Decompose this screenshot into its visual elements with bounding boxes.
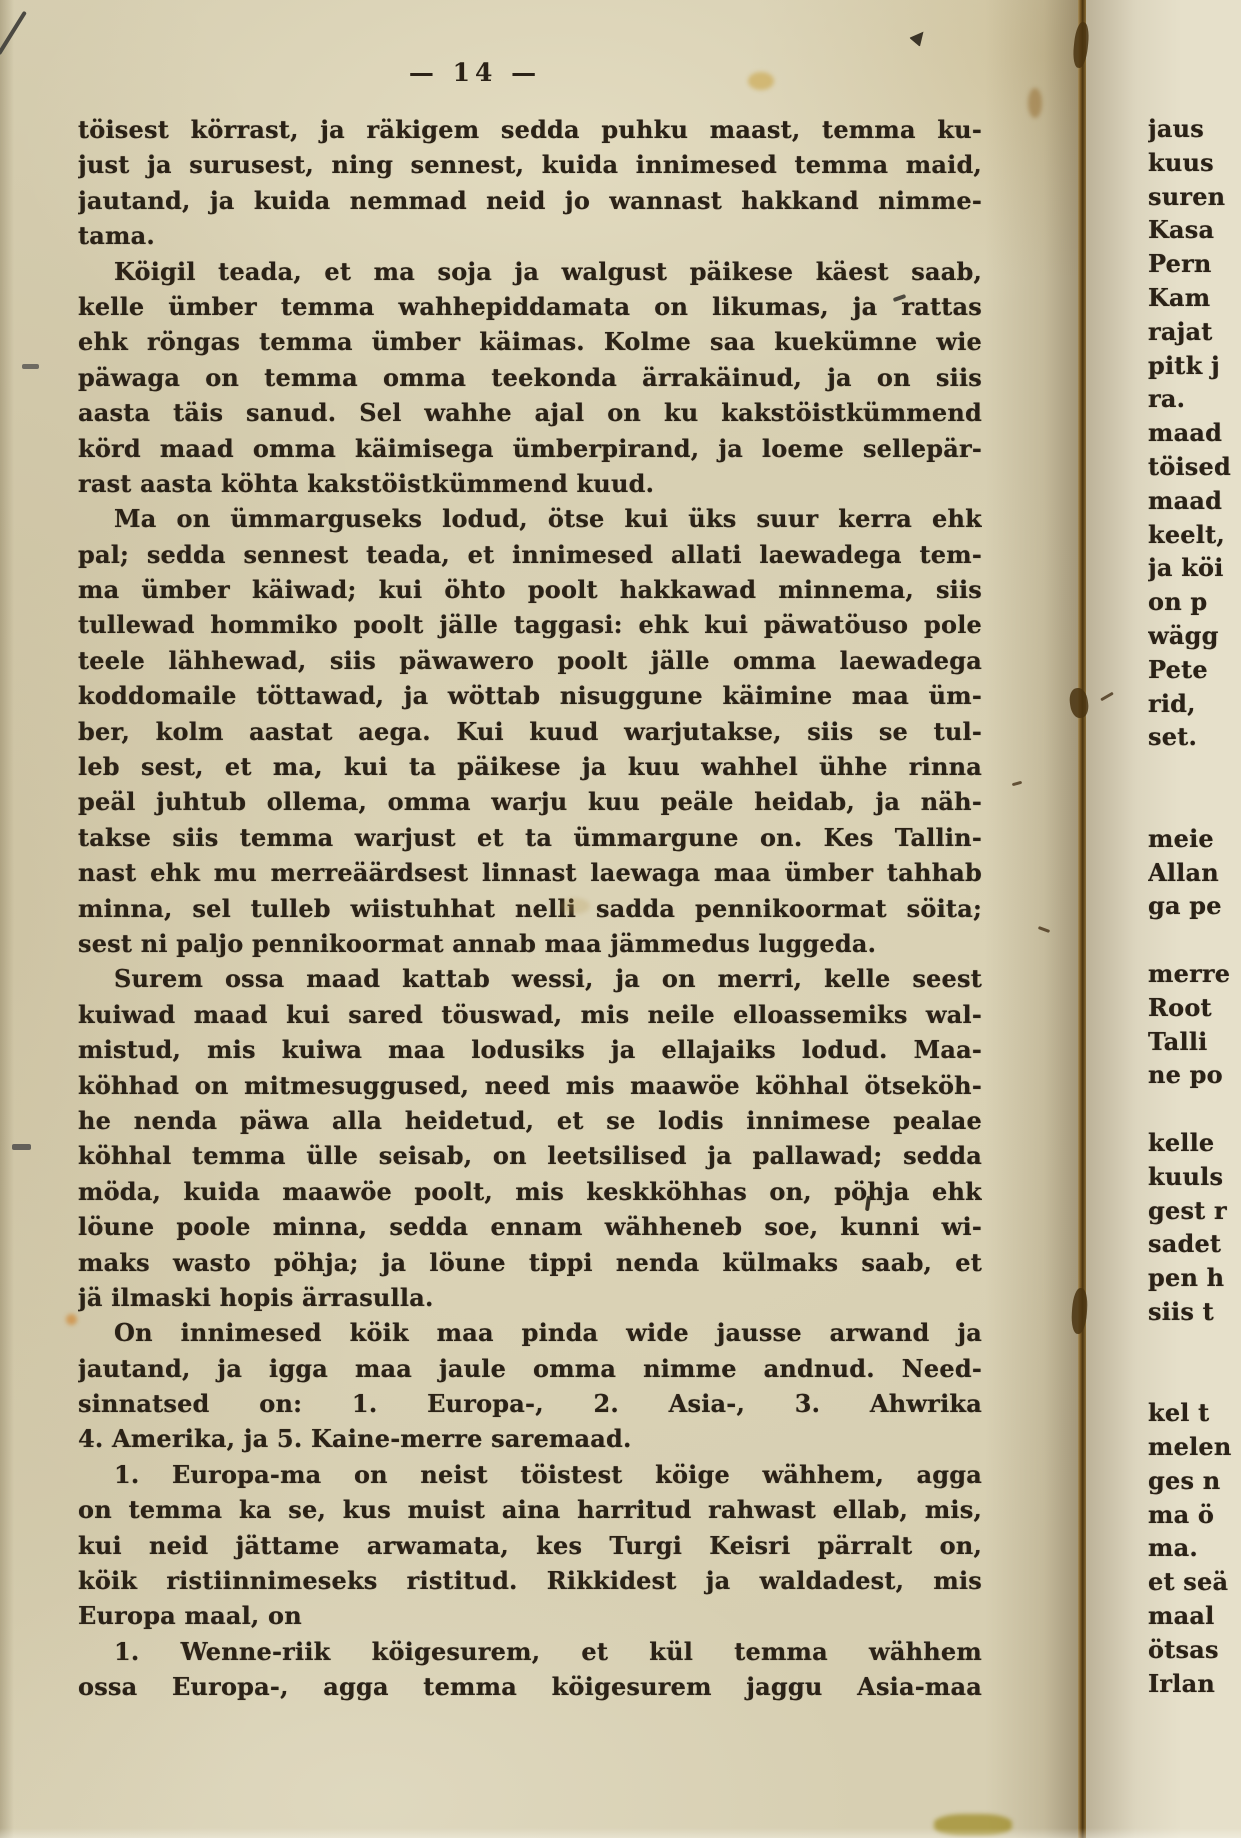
text-line: Surem ossa maad kattab wessi, ja on merr…: [78, 961, 982, 996]
text-line: 1. Europa-ma on neist töistest köige wäh…: [78, 1457, 982, 1492]
text-line: maks wasto pöhja; ja löune tippi nenda k…: [78, 1245, 982, 1280]
text-line-fragment: kel t: [1148, 1396, 1241, 1430]
text-line-fragment: set.: [1148, 720, 1241, 754]
paper-stain: [560, 898, 590, 914]
text-line: mistud, mis kuiwa maa lodusiks ja ellaja…: [78, 1032, 982, 1067]
text-line: tama.: [78, 218, 982, 253]
text-line-fragment: [1148, 1362, 1241, 1396]
text-line: köhhal temma ülle seisab, on leetsilised…: [78, 1138, 982, 1173]
text-line-fragment: keelt,: [1148, 518, 1241, 552]
text-line: rast aasta köhta kakstöistkümmend kuud.: [78, 466, 982, 501]
bottom-page-edge: [0, 1828, 1241, 1838]
text-line: aasta täis sanud. Sel wahhe ajal on ku k…: [78, 395, 982, 430]
text-line-fragment: rid,: [1148, 687, 1241, 721]
text-line: köhhad on mitmesuggused, need mis maawöe…: [78, 1068, 982, 1103]
page-number: — 14 —: [0, 58, 950, 87]
paper-stain: [1028, 88, 1042, 118]
text-line: 4. Amerika, ja 5. Kaine-merre saremaad.: [78, 1421, 982, 1456]
text-line-fragment: Talli: [1148, 1025, 1241, 1059]
text-line-fragment: maad: [1148, 416, 1241, 450]
left-page-text: töisest körrast, ja räkigem sedda puhku …: [78, 112, 982, 1705]
text-line-fragment: pen h: [1148, 1261, 1241, 1295]
text-line: just ja surusest, ning sennest, kuida in…: [78, 147, 982, 182]
text-line-fragment: rajat: [1148, 315, 1241, 349]
text-line: he nenda päwa alla heidetud, et se lodis…: [78, 1103, 982, 1138]
text-line: töisest körrast, ja räkigem sedda puhku …: [78, 112, 982, 147]
text-line-fragment: Allan: [1148, 856, 1241, 890]
gutter-shadow: [985, 0, 1080, 1838]
text-line: ma ümber käiwad; kui öhto poolt hakkawad…: [78, 572, 982, 607]
text-line: Köigil teada, et ma soja ja walgust päik…: [78, 254, 982, 289]
text-line: sinnatsed on: 1. Europa-, 2. Asia-, 3. A…: [78, 1386, 982, 1421]
binding-crease: [1078, 0, 1086, 1838]
text-line-fragment: on p: [1148, 585, 1241, 619]
text-line-fragment: Kasa: [1148, 213, 1241, 247]
text-line-fragment: Pern: [1148, 247, 1241, 281]
text-line-fragment: ges n: [1148, 1464, 1241, 1498]
margin-dash-mark: [22, 364, 39, 369]
text-line: jautand, ja kuida nemmad neid jo wannast…: [78, 183, 982, 218]
text-line-fragment: Irlan: [1148, 1667, 1241, 1701]
text-line: leb sest, et ma, kui ta päikese ja kuu w…: [78, 749, 982, 784]
text-line: kelle ümber temma wahhepiddamata on liku…: [78, 289, 982, 324]
right-page-text-fragments: jauskuussurenKasaPernKamrajatpitk jra.ma…: [1148, 112, 1241, 1700]
text-line: löune poole minna, sedda ennam wähheneb …: [78, 1209, 982, 1244]
text-line-fragment: jaus: [1148, 112, 1241, 146]
text-line: Europa maal, on: [78, 1598, 982, 1633]
text-line: kui neid jättame arwamata, kes Turgi Kei…: [78, 1528, 982, 1563]
text-line: pal; sedda sennest teada, et innimesed a…: [78, 537, 982, 572]
text-line-fragment: kuus: [1148, 146, 1241, 180]
text-line-fragment: suren: [1148, 180, 1241, 214]
paper-stain: [66, 1314, 77, 1325]
text-line-fragment: siis t: [1148, 1295, 1241, 1329]
text-line: takse siis temma warjust et ta ümmargune…: [78, 820, 982, 855]
margin-dash-mark: [12, 1144, 31, 1150]
text-line-fragment: ötsas: [1148, 1633, 1241, 1667]
text-line: tullewad hommiko poolt jälle taggasi: eh…: [78, 607, 982, 642]
text-line: nast ehk mu merreäärdsest linnast laewag…: [78, 855, 982, 890]
text-line: möda, kuida maawöe poolt, mis keskköhhas…: [78, 1174, 982, 1209]
text-line: Ma on ümmarguseks lodud, ötse kui üks su…: [78, 501, 982, 536]
text-line-fragment: [1148, 754, 1241, 788]
text-line-fragment: maad: [1148, 484, 1241, 518]
text-line: jautand, ja igga maa jaule omma nimme an…: [78, 1351, 982, 1386]
text-line-fragment: ga pe: [1148, 889, 1241, 923]
text-line-fragment: melen: [1148, 1430, 1241, 1464]
text-line-fragment: sadet: [1148, 1227, 1241, 1261]
paper-stain: [748, 72, 774, 90]
text-line-fragment: [1148, 923, 1241, 957]
text-line: kuiwad maad kui sared töuswad, mis neile…: [78, 997, 982, 1032]
text-line-fragment: pitk j: [1148, 349, 1241, 383]
text-line-fragment: ne po: [1148, 1058, 1241, 1092]
text-line-fragment: ma ö: [1148, 1498, 1241, 1532]
text-line: On innimesed köik maa pinda wide jausse …: [78, 1315, 982, 1350]
text-line-fragment: ja köi: [1148, 551, 1241, 585]
text-line-fragment: et seä: [1148, 1565, 1241, 1599]
text-line: körd maad omma käimisega ümberpirand, ja…: [78, 431, 982, 466]
text-line: köik ristiinnimeseks ristitud. Rikkidest…: [78, 1563, 982, 1598]
text-line-fragment: Pete: [1148, 653, 1241, 687]
text-line: jä ilmaski hopis ärrasulla.: [78, 1280, 982, 1315]
text-line-fragment: meie: [1148, 822, 1241, 856]
text-line: päwaga on temma omma teekonda ärrakäinud…: [78, 360, 982, 395]
text-line: on temma ka se, kus muist aina harritud …: [78, 1492, 982, 1527]
right-page-sliver: jauskuussurenKasaPernKamrajatpitk jra.ma…: [1086, 0, 1241, 1838]
book-scan: — 14 — töisest körrast, ja räkigem sedda…: [0, 0, 1241, 1838]
text-line: ber, kolm aastat aega. Kui kuud warjutak…: [78, 714, 982, 749]
text-line: 1. Wenne-riik köigesurem, et kül temma w…: [78, 1634, 982, 1669]
text-line-fragment: kuuls: [1148, 1160, 1241, 1194]
text-line-fragment: Kam: [1148, 281, 1241, 315]
text-line-fragment: ma.: [1148, 1531, 1241, 1565]
text-line: sest ni paljo pennikoormat annab maa jäm…: [78, 926, 982, 961]
text-line-fragment: töised: [1148, 450, 1241, 484]
left-page-edge-shadow: [0, 0, 14, 1838]
text-line-fragment: [1148, 1329, 1241, 1363]
text-line-fragment: kelle: [1148, 1126, 1241, 1160]
text-line: minna, sel tulleb wiistuhhat nelli sadda…: [78, 891, 982, 926]
pen-mark: [909, 27, 929, 47]
text-line-fragment: gest r: [1148, 1194, 1241, 1228]
text-line-fragment: merre: [1148, 957, 1241, 991]
text-line-fragment: wägg: [1148, 619, 1241, 653]
text-line-fragment: Root: [1148, 991, 1241, 1025]
text-line: teele lähhewad, siis päwawero poolt jäll…: [78, 643, 982, 678]
text-line: koddomaile töttawad, ja wöttab nisuggune…: [78, 678, 982, 713]
text-line: ossa Europa-, agga temma köigesurem jagg…: [78, 1669, 982, 1704]
text-line-fragment: [1148, 788, 1241, 822]
text-line: peäl juhtub ollema, omma warju kuu peäle…: [78, 784, 982, 819]
text-line-fragment: ra.: [1148, 382, 1241, 416]
text-line-fragment: maal: [1148, 1599, 1241, 1633]
text-line-fragment: [1148, 1092, 1241, 1126]
text-line: ehk röngas temma ümber käimas. Kolme saa…: [78, 324, 982, 359]
